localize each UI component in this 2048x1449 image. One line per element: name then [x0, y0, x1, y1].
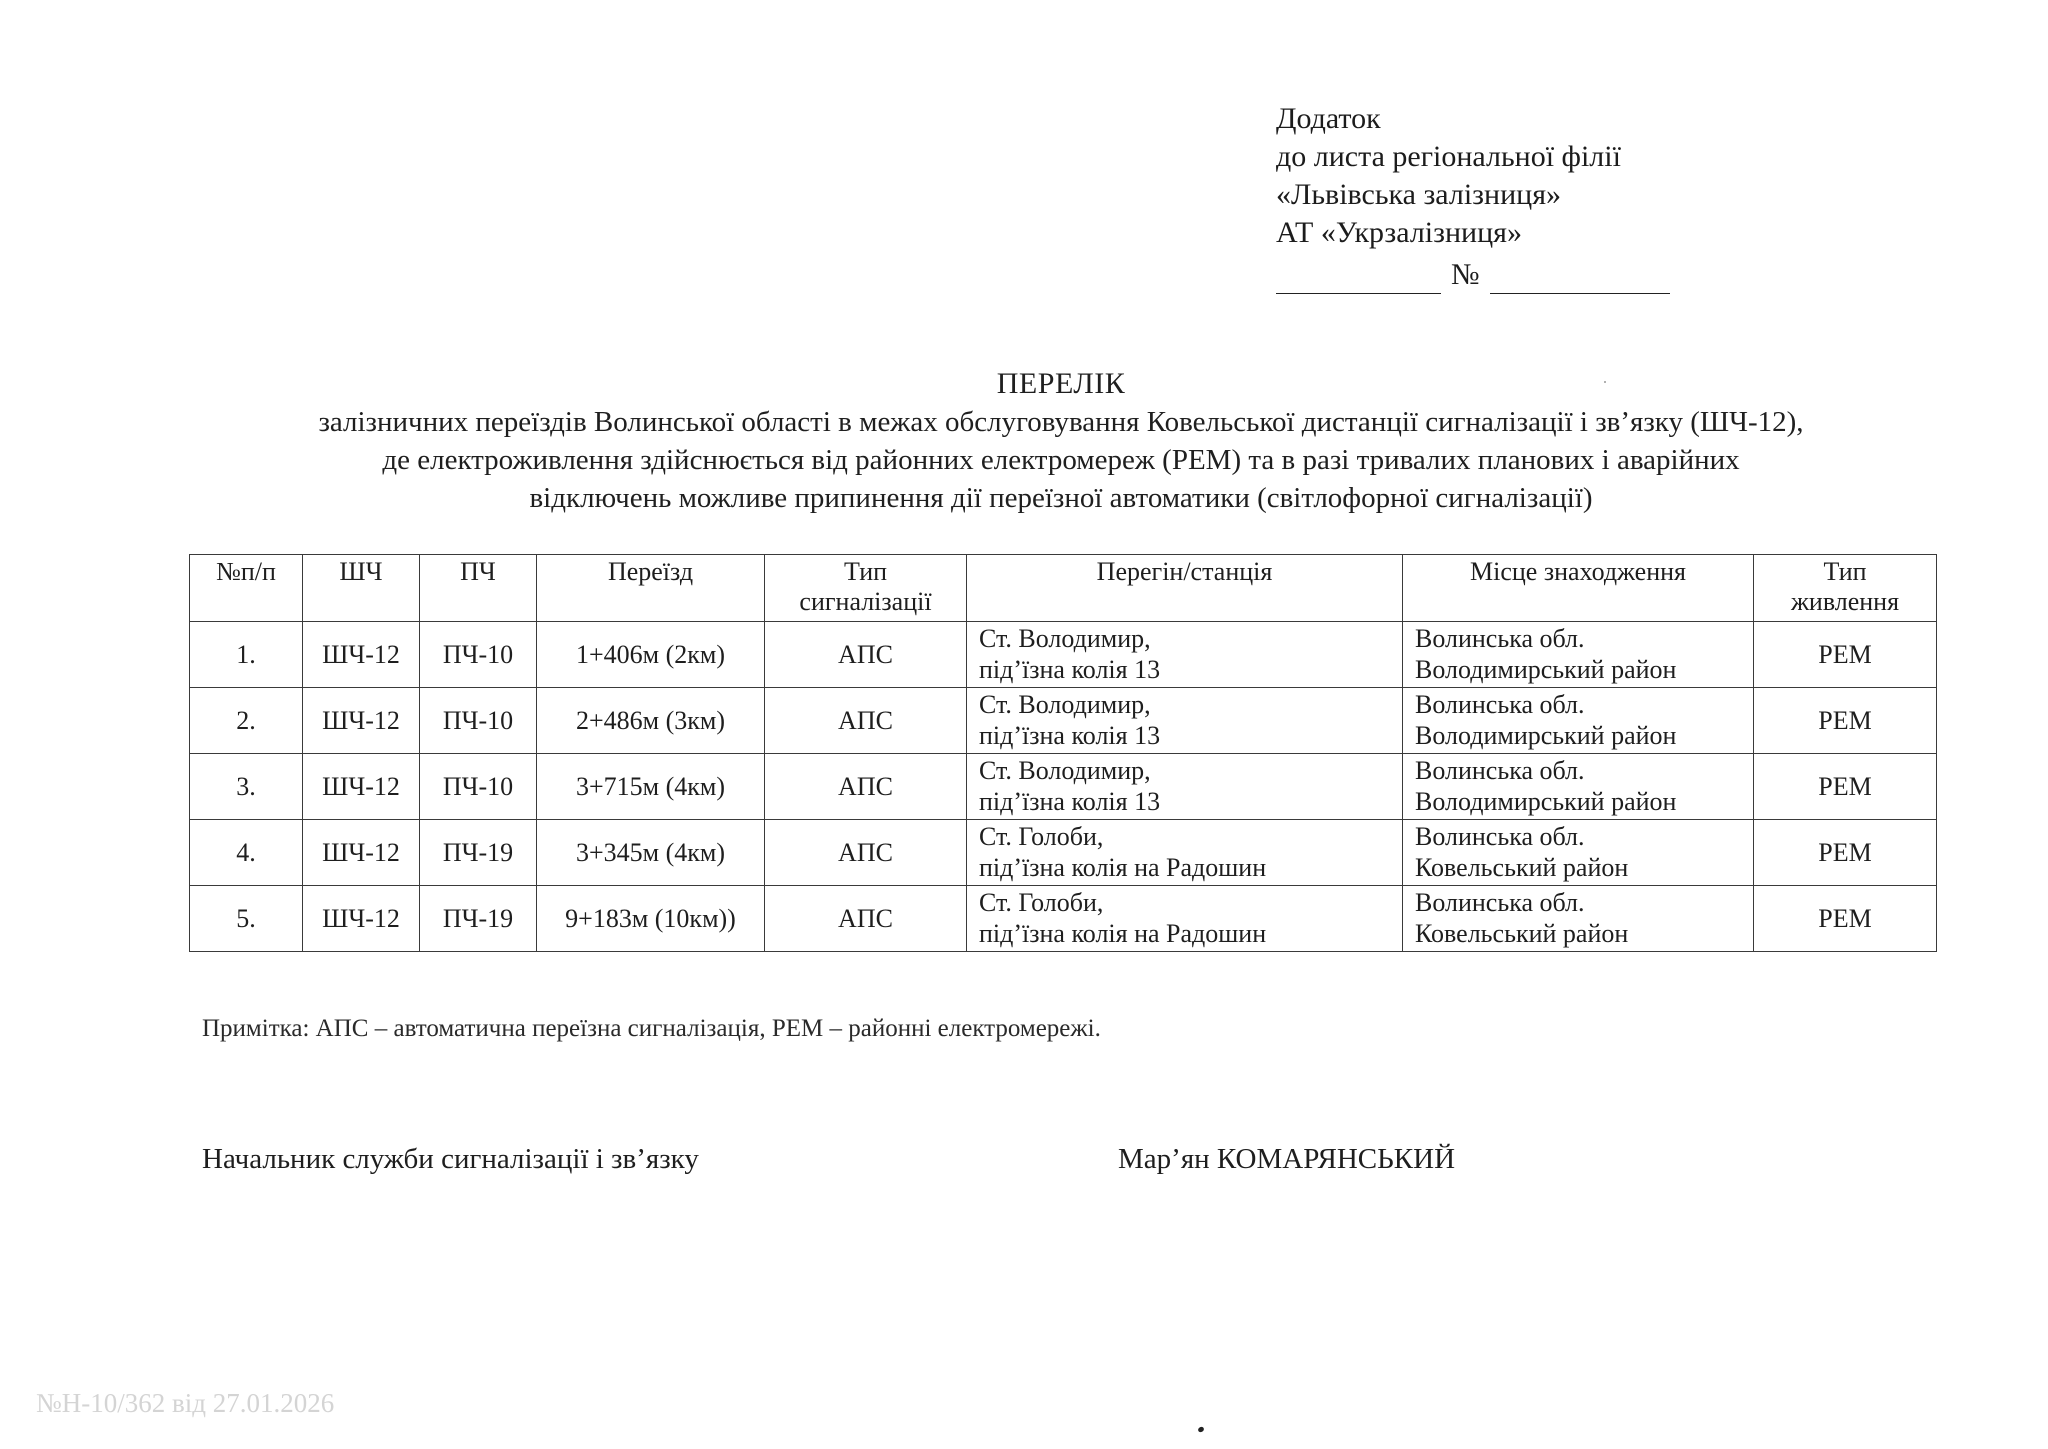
station-cell: Ст. Голоби,під’їзна колія на Радошин [967, 886, 1403, 952]
crossing-cell: 3+715м (4км) [537, 754, 765, 820]
location-cell-line: Волинська обл. [1415, 887, 1753, 918]
column-header-text: №п/п [190, 557, 302, 587]
column-header: Місце знаходження [1403, 555, 1754, 622]
table-row: 4.ШЧ-12ПЧ-193+345м (4км)АПССт. Голоби,пі… [190, 820, 1937, 886]
signal-type-cell: АПС [765, 886, 967, 952]
row-number-cell: 5. [190, 886, 303, 952]
column-header: №п/п [190, 555, 303, 622]
power-type-cell: РЕМ [1754, 622, 1937, 688]
title-subtitle-line: залізничних переїздів Волинської області… [0, 403, 2048, 441]
addendum-line: Додаток [1276, 100, 1670, 138]
power-type-cell: РЕМ [1754, 820, 1937, 886]
location-cell-line: Володимирський район [1415, 786, 1753, 817]
addendum-line: «Львівська залізниця» [1276, 176, 1670, 214]
table-body: 1.ШЧ-12ПЧ-101+406м (2км)АПССт. Володимир… [190, 622, 1937, 952]
station-cell-line: під’їзна колія на Радошин [979, 918, 1402, 949]
table-row: 5.ШЧ-12ПЧ-199+183м (10км))АПССт. Голоби,… [190, 886, 1937, 952]
shch-cell: ШЧ-12 [303, 886, 420, 952]
column-header: Типживлення [1754, 555, 1937, 622]
station-cell-line: під’їзна колія 13 [979, 654, 1402, 685]
pch-cell: ПЧ-19 [420, 820, 537, 886]
pch-cell: ПЧ-10 [420, 622, 537, 688]
signatory-role: Начальник служби сигналізації і зв’язку [202, 1143, 699, 1176]
row-number-cell: 2. [190, 688, 303, 754]
addendum-block: Додаток до листа регіональної філії «Льв… [1276, 100, 1670, 294]
column-header: Переїзд [537, 555, 765, 622]
column-header-text: Перегін/станція [967, 557, 1402, 587]
station-cell: Ст. Володимир,під’їзна колія 13 [967, 754, 1403, 820]
letter-number-line: № [1276, 256, 1670, 294]
station-cell-line: Ст. Голоби, [979, 887, 1402, 918]
table-row: 1.ШЧ-12ПЧ-101+406м (2км)АПССт. Володимир… [190, 622, 1937, 688]
crossing-cell: 2+486м (3км) [537, 688, 765, 754]
location-cell: Волинська обл.Володимирський район [1403, 622, 1754, 688]
column-header-text: ШЧ [303, 557, 419, 587]
row-number-cell: 4. [190, 820, 303, 886]
column-header-text: Місце знаходження [1403, 557, 1753, 587]
signal-type-cell: АПС [765, 754, 967, 820]
title-subtitle-line: де електроживлення здійснюється від райо… [0, 441, 2048, 479]
shch-cell: ШЧ-12 [303, 754, 420, 820]
location-cell-line: Ковельський район [1415, 918, 1753, 949]
pch-cell: ПЧ-10 [420, 754, 537, 820]
document-title: ПЕРЕЛІК залізничних переїздів Волинської… [0, 365, 2048, 517]
station-cell: Ст. Голоби,під’їзна колія на Радошин [967, 820, 1403, 886]
column-header-text: ПЧ [420, 557, 536, 587]
location-cell-line: Володимирський район [1415, 654, 1753, 685]
shch-cell: ШЧ-12 [303, 622, 420, 688]
shch-cell: ШЧ-12 [303, 688, 420, 754]
station-cell: Ст. Володимир,під’їзна колія 13 [967, 622, 1403, 688]
crossing-cell: 1+406м (2км) [537, 622, 765, 688]
station-cell-line: Ст. Володимир, [979, 623, 1402, 654]
location-cell-line: Волинська обл. [1415, 689, 1753, 720]
location-cell-line: Волинська обл. [1415, 821, 1753, 852]
station-cell-line: під’їзна колія 13 [979, 786, 1402, 817]
registration-stamp: №Н-10/362 від 27.01.2026 [36, 1388, 334, 1419]
station-cell-line: Ст. Голоби, [979, 821, 1402, 852]
signatory-name: Мар’ян КОМАРЯНСЬКИЙ [1118, 1143, 1455, 1176]
pch-cell: ПЧ-19 [420, 886, 537, 952]
row-number-cell: 3. [190, 754, 303, 820]
location-cell: Волинська обл.Ковельський район [1403, 886, 1754, 952]
power-type-cell: РЕМ [1754, 688, 1937, 754]
number-blank [1490, 267, 1670, 294]
location-cell-line: Волинська обл. [1415, 623, 1753, 654]
signal-type-cell: АПС [765, 688, 967, 754]
title-heading: ПЕРЕЛІК [0, 365, 2048, 403]
station-cell-line: під’їзна колія 13 [979, 720, 1402, 751]
number-sign: № [1451, 256, 1480, 294]
column-header-text: Тип [1754, 557, 1936, 587]
column-header-text: Тип [765, 557, 966, 587]
location-cell: Волинська обл.Володимирський район [1403, 754, 1754, 820]
column-header-text: Переїзд [537, 557, 764, 587]
shch-cell: ШЧ-12 [303, 820, 420, 886]
signal-type-cell: АПС [765, 622, 967, 688]
title-subtitle-line: відключень можливе припинення дії переїз… [0, 479, 2048, 517]
column-header-text: живлення [1754, 587, 1936, 617]
power-type-cell: РЕМ [1754, 754, 1937, 820]
addendum-line: до листа регіональної філії [1276, 138, 1670, 176]
table-row: 2.ШЧ-12ПЧ-102+486м (3км)АПССт. Володимир… [190, 688, 1937, 754]
crossing-cell: 9+183м (10км)) [537, 886, 765, 952]
column-header: Типсигналізації [765, 555, 967, 622]
power-type-cell: РЕМ [1754, 886, 1937, 952]
location-cell: Волинська обл.Ковельський район [1403, 820, 1754, 886]
column-header: ПЧ [420, 555, 537, 622]
table-header-row: №п/пШЧПЧПереїздТипсигналізаціїПерегін/ст… [190, 555, 1937, 622]
footnote: Примітка: АПС – автоматична переїзна сиг… [202, 1015, 1101, 1043]
crossings-table: №п/пШЧПЧПереїздТипсигналізаціїПерегін/ст… [189, 554, 1937, 952]
station-cell: Ст. Володимир,під’їзна колія 13 [967, 688, 1403, 754]
location-cell-line: Володимирський район [1415, 720, 1753, 751]
signal-type-cell: АПС [765, 820, 967, 886]
crossing-cell: 3+345м (4км) [537, 820, 765, 886]
station-cell-line: Ст. Володимир, [979, 689, 1402, 720]
station-cell-line: Ст. Володимир, [979, 755, 1402, 786]
row-number-cell: 1. [190, 622, 303, 688]
date-blank [1276, 267, 1441, 294]
location-cell-line: Ковельський район [1415, 852, 1753, 883]
location-cell-line: Волинська обл. [1415, 755, 1753, 786]
pch-cell: ПЧ-10 [420, 688, 537, 754]
station-cell-line: під’їзна колія на Радошин [979, 852, 1402, 883]
column-header: Перегін/станція [967, 555, 1403, 622]
addendum-line: АТ «Укрзалізниця» [1276, 214, 1670, 252]
column-header-text: сигналізації [765, 587, 966, 617]
column-header: ШЧ [303, 555, 420, 622]
location-cell: Волинська обл.Володимирський район [1403, 688, 1754, 754]
scan-artifact-dot [1197, 1426, 1205, 1433]
table-row: 3.ШЧ-12ПЧ-103+715м (4км)АПССт. Володимир… [190, 754, 1937, 820]
